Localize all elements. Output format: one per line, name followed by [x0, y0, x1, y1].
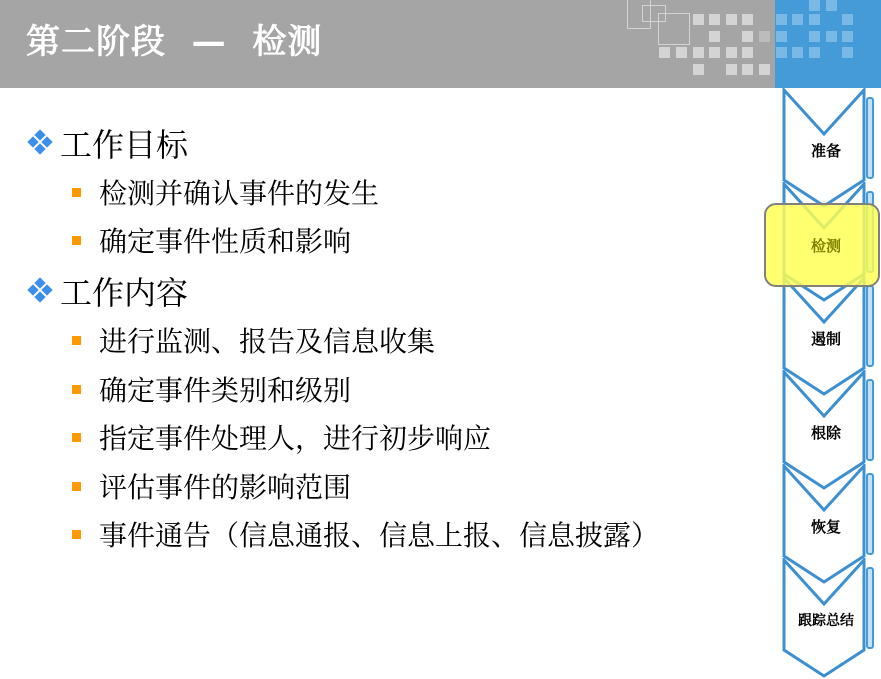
list-item-text: 检测并确认事件的发生	[99, 172, 379, 212]
decor-square	[792, 47, 803, 58]
list-item: 确定事件性质和影响	[72, 222, 351, 258]
decor-square	[742, 14, 753, 25]
list-item: 进行监测、报告及信息收集	[72, 322, 435, 358]
decor-outline-square	[658, 13, 690, 45]
square-bullet-icon	[72, 530, 81, 539]
decor-square	[776, 14, 787, 25]
process-step-follow-up: 跟踪总结	[780, 558, 881, 678]
decor-square	[726, 14, 737, 25]
decor-square	[709, 14, 720, 25]
slide-title: 第二阶段 — 检测	[26, 14, 322, 63]
list-item-text: 确定事件类别和级别	[99, 369, 351, 409]
section-heading-goals: 工作目标	[26, 123, 188, 163]
decor-square	[742, 47, 753, 58]
square-bullet-icon	[72, 482, 81, 491]
active-step-label: 检测	[780, 235, 872, 256]
square-bullet-icon	[72, 433, 81, 442]
decor-square	[742, 31, 753, 42]
decor-square	[809, 47, 820, 58]
diamond-cluster-icon	[26, 129, 54, 157]
decor-square	[809, 31, 820, 42]
decor-square	[826, 31, 837, 42]
decor-square	[693, 47, 704, 58]
square-bullet-icon	[72, 385, 81, 394]
decor-square	[842, 31, 853, 42]
decor-square	[842, 47, 853, 58]
decor-square	[726, 47, 737, 58]
list-item-text: 事件通告（信息通报、信息上报、信息披露）	[99, 514, 659, 554]
decor-square	[659, 47, 670, 58]
decor-square	[759, 64, 770, 75]
step-label: 遏制	[780, 328, 872, 349]
decor-square	[776, 31, 787, 42]
decor-square	[726, 64, 737, 75]
decor-square	[809, 14, 820, 25]
diamond-cluster-icon	[26, 277, 54, 305]
process-steps: 准备 遏制 根除 恢复 跟踪总结	[780, 88, 881, 679]
decor-square	[693, 14, 704, 25]
decor-square	[776, 47, 787, 58]
decor-square	[759, 31, 770, 42]
section-heading-text: 工作目标	[60, 120, 188, 166]
section-heading-content: 工作内容	[26, 271, 188, 311]
decor-square	[809, 0, 820, 11]
slide-header: 第二阶段 — 检测	[0, 0, 881, 88]
decor-square	[792, 14, 803, 25]
list-item: 评估事件的影响范围	[72, 468, 351, 504]
step-label: 跟踪总结	[780, 610, 872, 630]
list-item-text: 确定事件性质和影响	[99, 220, 351, 260]
square-bullet-icon	[72, 336, 81, 345]
square-bullet-icon	[72, 188, 81, 197]
decor-square	[676, 47, 687, 58]
decor-square	[709, 47, 720, 58]
decor-square	[842, 14, 853, 25]
decor-square	[693, 64, 704, 75]
list-item-text: 评估事件的影响范围	[99, 466, 351, 506]
decor-square	[742, 64, 753, 75]
header-accent-block	[775, 0, 881, 88]
section-heading-text: 工作内容	[60, 268, 188, 314]
step-label: 根除	[780, 422, 872, 443]
decor-square	[826, 0, 837, 11]
list-item: 确定事件类别和级别	[72, 371, 351, 407]
list-item: 检测并确认事件的发生	[72, 174, 379, 210]
list-item: 指定事件处理人，进行初步响应	[72, 419, 491, 455]
list-item-text: 进行监测、报告及信息收集	[99, 320, 435, 360]
decor-square	[709, 31, 720, 42]
list-item: 事件通告（信息通报、信息上报、信息披露）	[72, 516, 659, 552]
square-bullet-icon	[72, 236, 81, 245]
step-label: 准备	[780, 140, 872, 161]
step-label: 恢复	[780, 516, 872, 537]
list-item-text: 指定事件处理人，进行初步响应	[99, 417, 491, 457]
